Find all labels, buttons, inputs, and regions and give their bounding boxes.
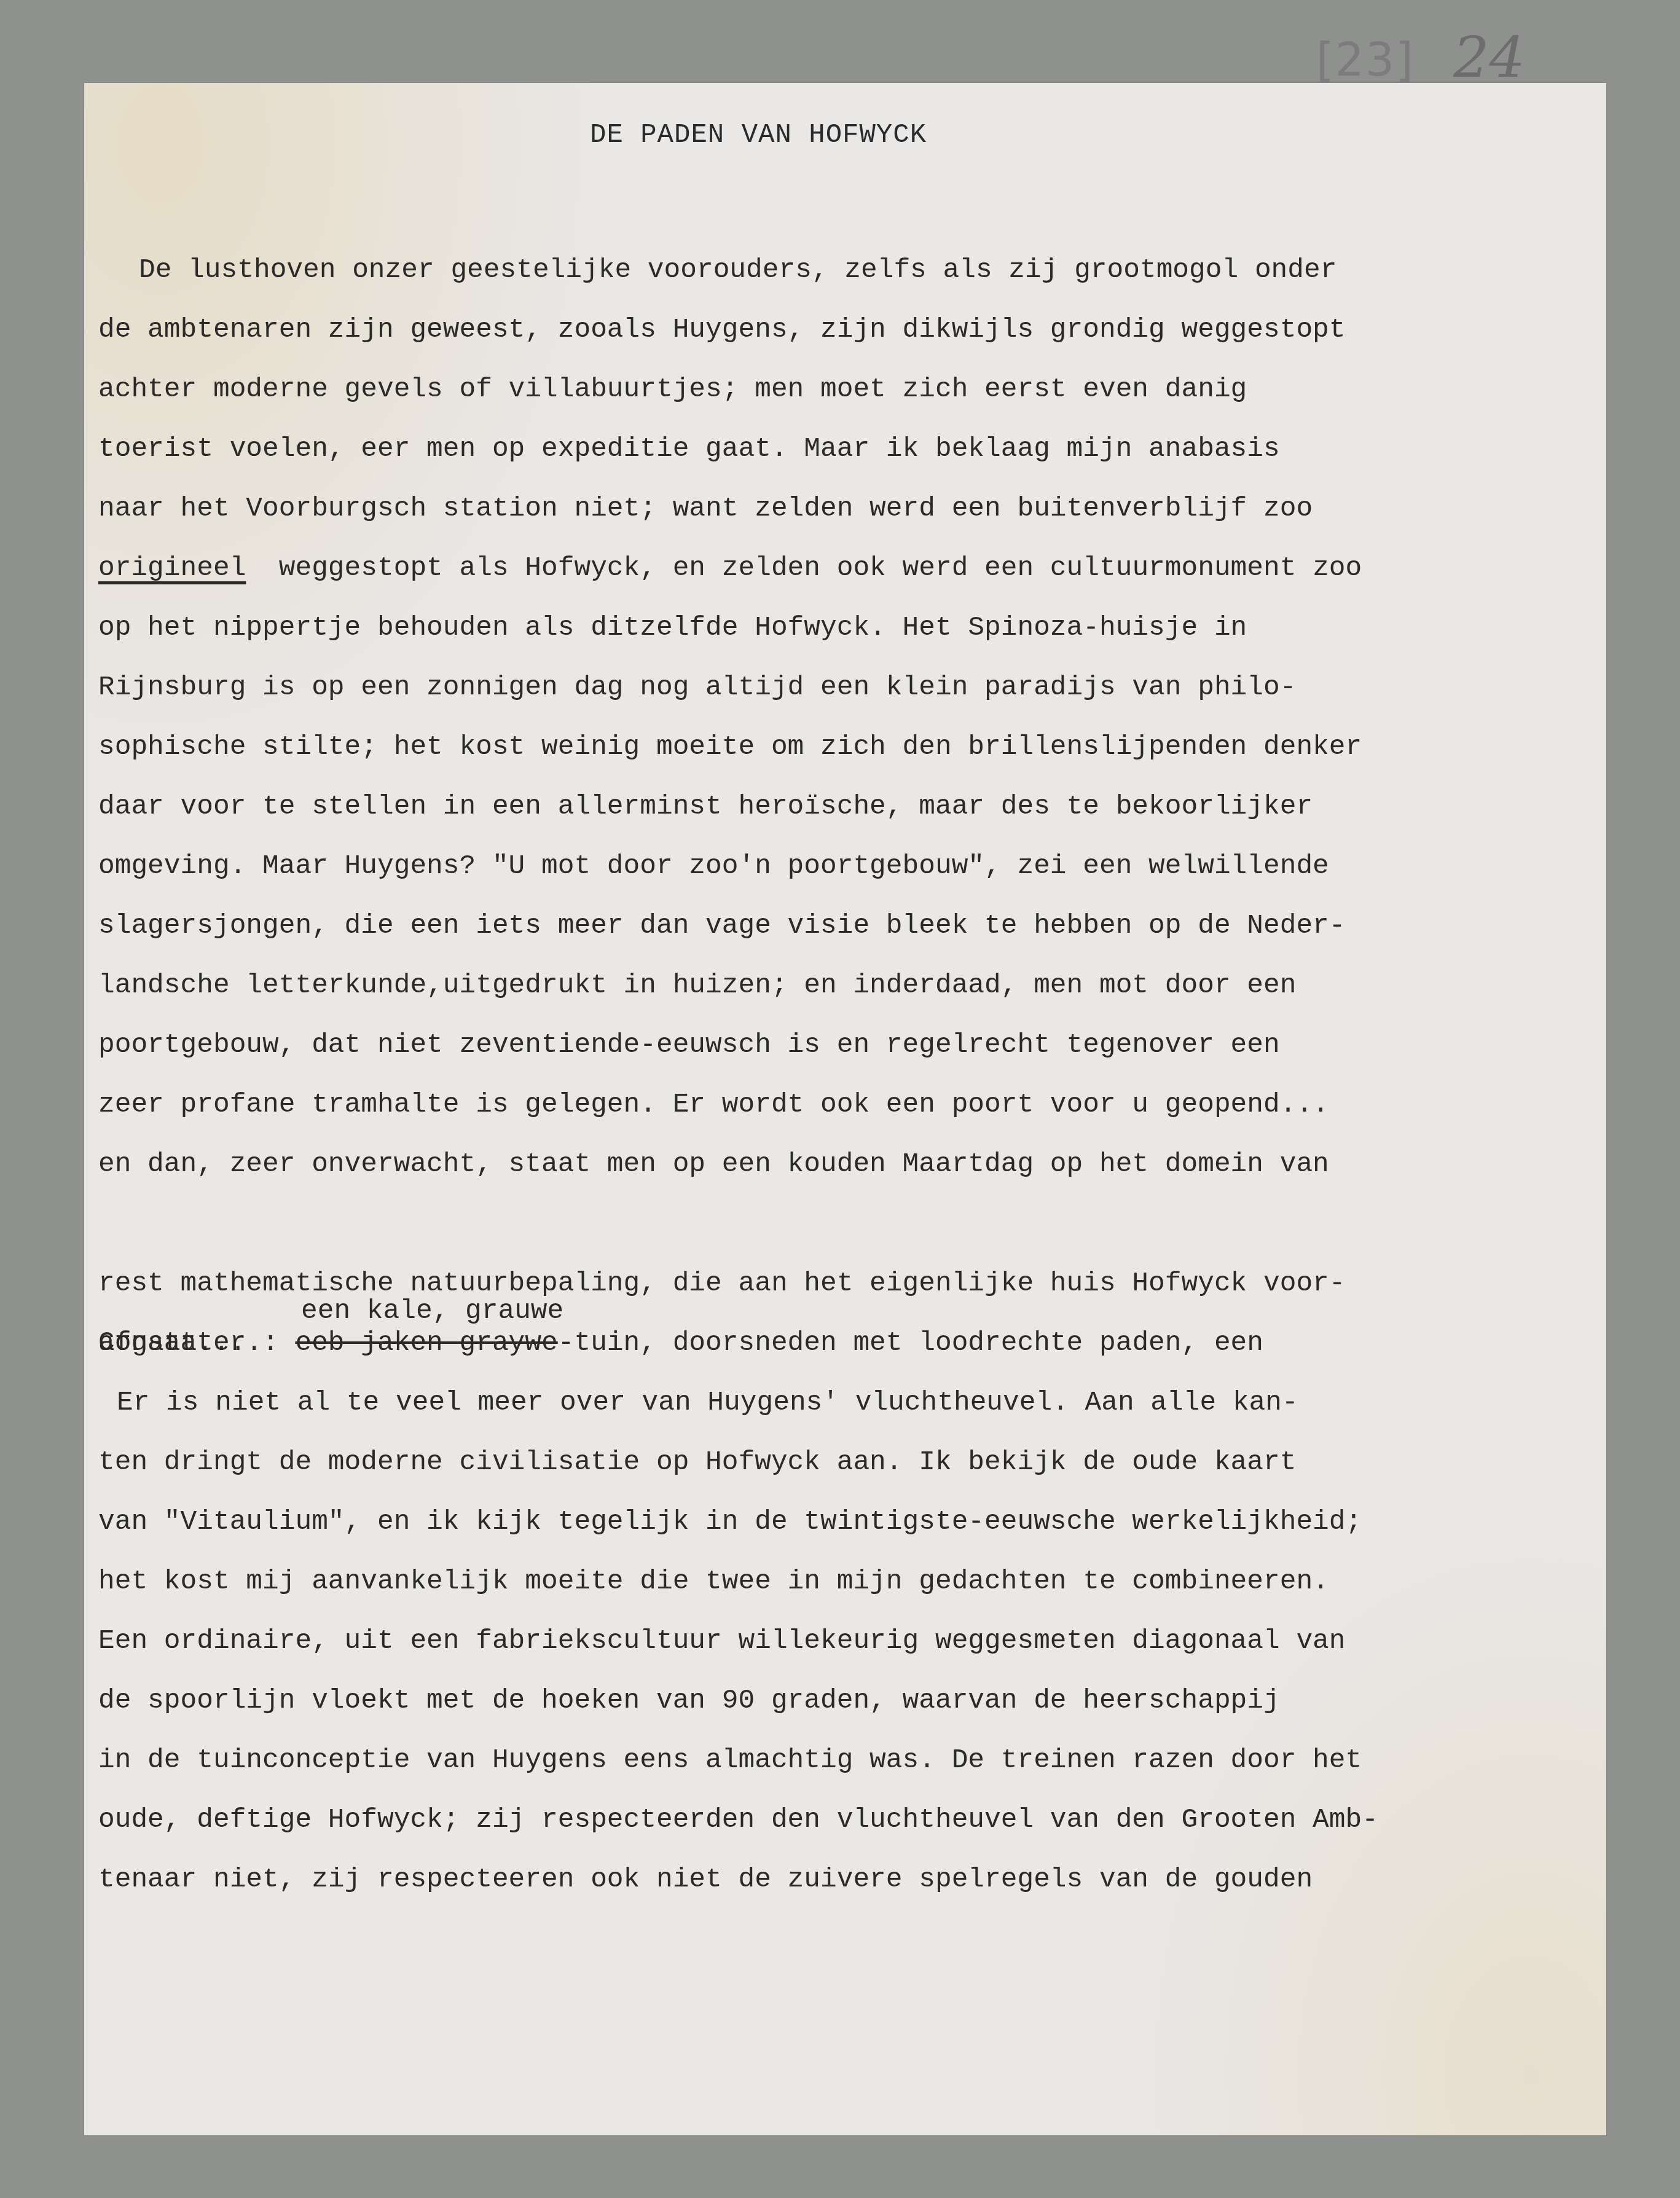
- document-title: DE PADEN VAN HOFWYCK: [590, 120, 927, 151]
- text-line: een kale, grauweConstater : eeb-jaken-gr…: [98, 1195, 1549, 1254]
- text-line: zeer profane tramhalte is gelegen. Er wo…: [98, 1075, 1549, 1135]
- text-line: toerist voelen, eer men op expeditie gaa…: [98, 420, 1549, 479]
- text-line: Een ordinaire, uit een fabriekscultuur w…: [98, 1612, 1549, 1671]
- text-line: oude, deftige Hofwyck; zij respecteerden…: [98, 1791, 1549, 1850]
- text-line: de ambtenaren zijn geweest, zooals Huyge…: [98, 300, 1549, 360]
- text-line: poortgebouw, dat niet zeventiende-eeuwsc…: [98, 1016, 1549, 1075]
- text-segment: weggestopt als Hofwyck, en zelden ook we…: [246, 553, 1362, 584]
- text-line: sophische stilte; het kost weinig moeite…: [98, 718, 1549, 777]
- insertion-text: een kale, grauwe: [301, 1282, 563, 1341]
- text-line: ten dringt de moderne civilisatie op Hof…: [98, 1433, 1549, 1493]
- text-line: naar het Voorburgsch station niet; want …: [98, 479, 1549, 539]
- text-line: origineel weggestopt als Hofwyck, en zel…: [98, 539, 1549, 599]
- text-line: Rijnsburg is op een zonnigen dag nog alt…: [98, 658, 1549, 718]
- archive-number-annotation: [23]: [1316, 34, 1415, 87]
- text-line: van "Vitaulium", en ik kijk tegelijk in …: [98, 1493, 1549, 1552]
- text-line: in de tuinconceptie van Huygens eens alm…: [98, 1731, 1549, 1791]
- text-line: tenaar niet, zij respecteeren ook niet d…: [98, 1850, 1549, 1910]
- text-line: op het nippertje behouden als ditzelfde …: [98, 599, 1549, 658]
- text-line: landsche letterkunde,uitgedrukt in huize…: [98, 956, 1549, 1016]
- text-line: daar voor te stellen in een allerminst h…: [98, 777, 1549, 837]
- text-line: achter moderne gevels of villabuurtjes; …: [98, 360, 1549, 420]
- text-line: slagersjongen, die een iets meer dan vag…: [98, 897, 1549, 956]
- text-line: de spoorlijn vloekt met de hoeken van 90…: [98, 1671, 1549, 1731]
- text-segment: -tuin, doorsneden met loodrechte paden, …: [558, 1328, 1263, 1359]
- document-body: De lusthoven onzer geestelijke voorouder…: [98, 241, 1549, 1910]
- page-number-annotation: 24: [1453, 25, 1525, 90]
- text-line: De lusthoven onzer geestelijke voorouder…: [98, 241, 1549, 300]
- underlined-word: origineel: [98, 553, 246, 584]
- text-line: omgeving. Maar Huygens? "U mot door zoo'…: [98, 837, 1549, 897]
- text-line: Er is niet al te veel meer over van Huyg…: [98, 1373, 1549, 1433]
- text-line: en dan, zeer onverwacht, staat men op ee…: [98, 1135, 1549, 1195]
- text-line: het kost mij aanvankelijk moeite die twe…: [98, 1552, 1549, 1612]
